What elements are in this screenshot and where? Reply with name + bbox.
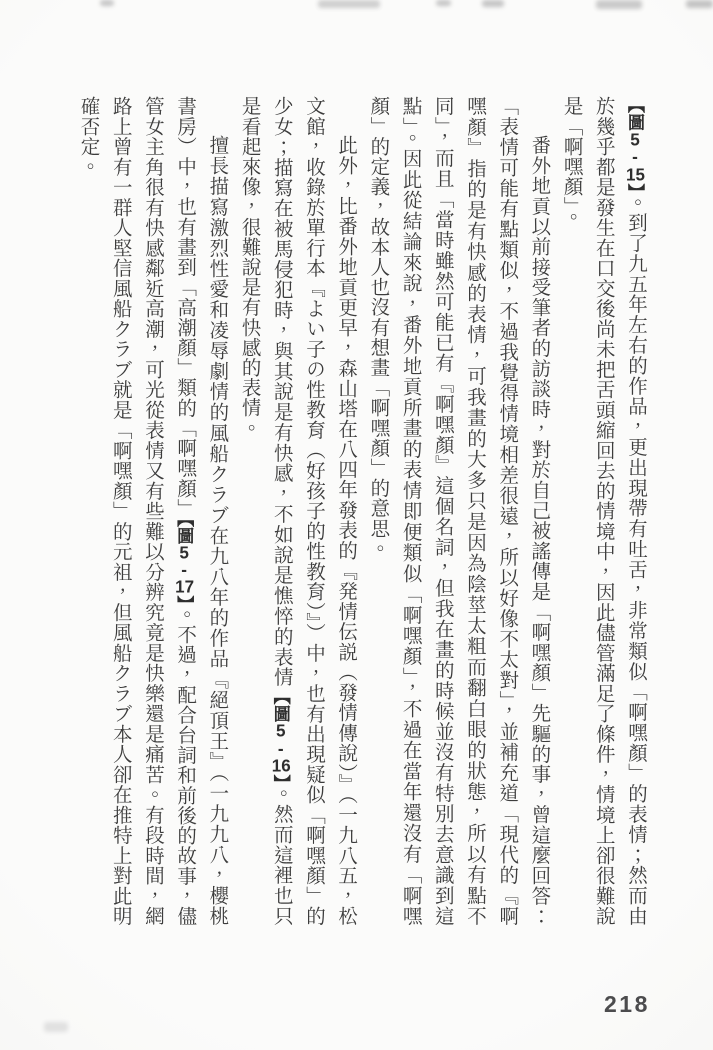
scan-smudge <box>436 0 451 6</box>
paragraph-2: 番外地貢以前接受筆者的訪談時，對於自己被謠傳是「啊嘿顏」先驅的事，曾這麼回答：「… <box>361 96 554 926</box>
figure-ref-5-15: 【圖5-15】 <box>625 96 645 192</box>
paragraph-4: 擅長描寫激烈性愛和凌辱劇情的風船クラブ在九八年的作品『絕頂王』（一九九八，櫻桃書… <box>71 96 232 926</box>
figref-dash: - <box>271 740 291 757</box>
paragraph-1: 【圖5-15】。到了九五年左右的作品，更出現帶有吐舌，非常類似「啊嘿顏」的表情；… <box>554 96 651 926</box>
scan-smudge <box>596 0 642 9</box>
figref-bracket-close: 】 <box>625 183 645 192</box>
book-page: 【圖5-15】。到了九五年左右的作品，更出現帶有吐舌，非常類似「啊嘿顏」的表情；… <box>0 0 713 1050</box>
figref-bracket-open: 【圖 <box>174 518 194 544</box>
figref-number: 5 <box>174 544 194 561</box>
paragraph-text: 。到了九五年左右的作品，更出現帶有吐舌，非常類似「啊嘿顏」的表情；然而由於幾乎都… <box>561 96 646 926</box>
paragraph-3: 此外，比番外地貢更早，森山塔在八四年發表的『発情伝説（發情傳說）』（一九八五，松… <box>232 96 361 926</box>
page-number: 218 <box>604 991 650 1018</box>
figref-number: 5 <box>625 131 645 148</box>
figref-number: 15 <box>625 166 645 183</box>
figref-dash: - <box>625 148 645 165</box>
scan-smudge <box>686 0 713 8</box>
figref-bracket-open: 【圖 <box>271 687 291 722</box>
figref-dash: - <box>174 561 194 578</box>
figref-number: 17 <box>174 578 194 595</box>
paragraph-text: 番外地貢以前接受筆者的訪談時，對於自己被謠傳是「啊嘿顏」先驅的事，曾這麼回答：「… <box>367 96 549 926</box>
body-text: 【圖5-15】。到了九五年左右的作品，更出現帶有吐舌，非常類似「啊嘿顏」的表情；… <box>71 96 651 926</box>
scan-smudge <box>482 0 504 7</box>
figref-number: 5 <box>271 722 291 739</box>
scan-smudge <box>318 0 380 8</box>
scan-smudge <box>100 0 114 6</box>
figure-ref-5-17: 【圖5-17】 <box>174 518 194 604</box>
figref-bracket-open: 【圖 <box>625 96 645 131</box>
figref-bracket-close: 】 <box>174 596 194 605</box>
figref-number: 16 <box>271 757 291 774</box>
figure-ref-5-16: 【圖5-16】 <box>271 687 291 783</box>
scan-smudge <box>44 1022 68 1032</box>
